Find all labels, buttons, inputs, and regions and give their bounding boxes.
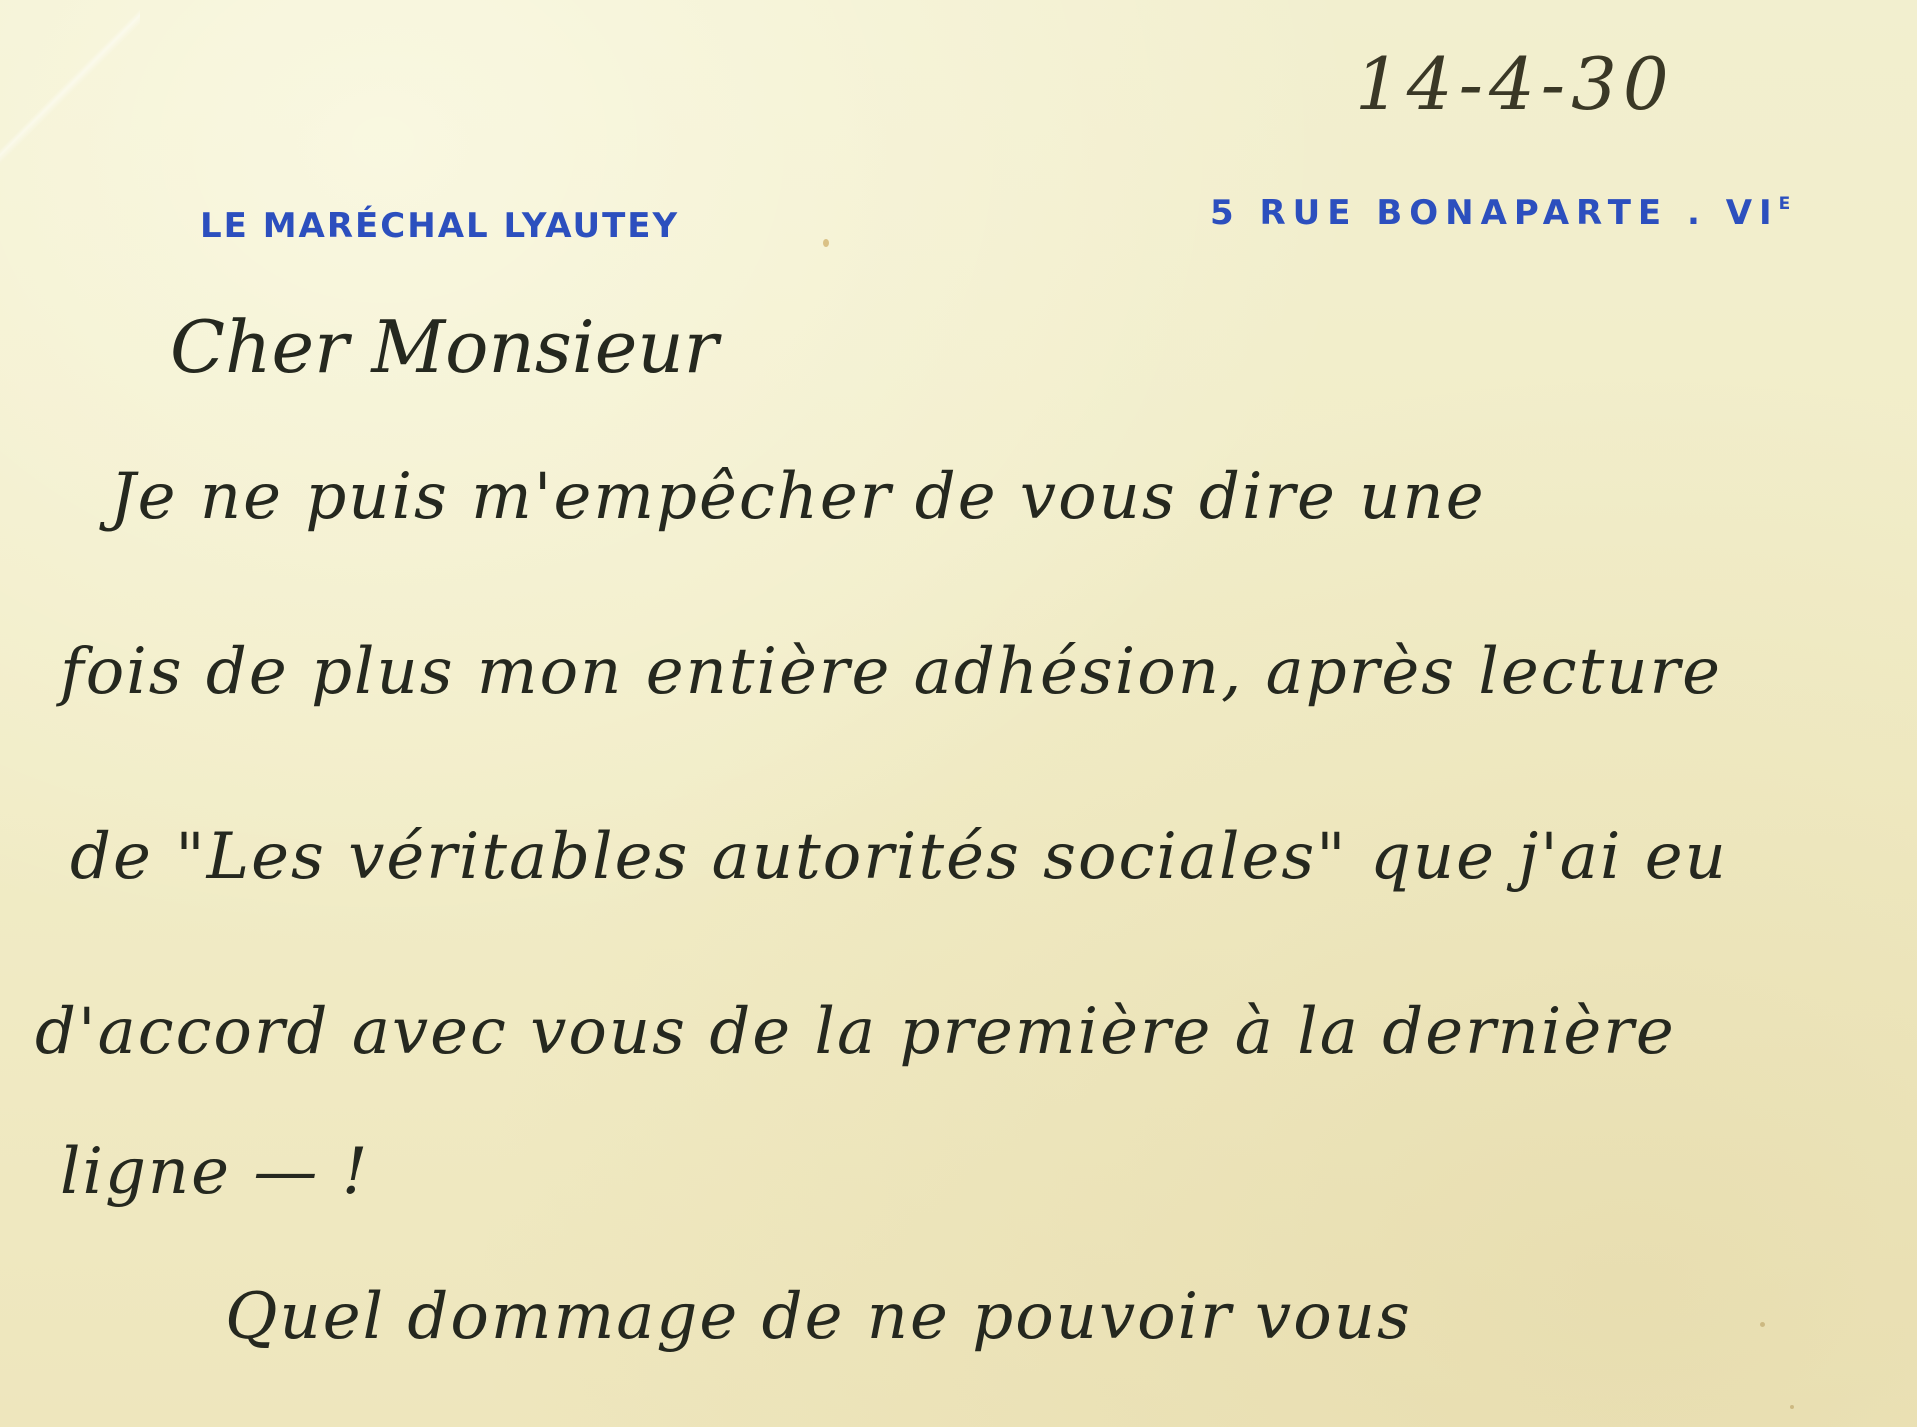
letterhead-name: LE MARÉCHAL LYAUTEY [200,206,679,246]
body-line-6: Quel dommage de ne pouvoir vous [225,1280,1412,1354]
body-line-2: fois de plus mon entière adhésion, après… [60,635,1722,709]
letterhead-address-text: 5 RUE BONAPARTE . VI [1210,193,1779,233]
body-line-4: d'accord avec vous de la première à la d… [35,995,1676,1069]
paper-spot [1760,1322,1765,1327]
body-line-5: ligne — ! [60,1135,369,1209]
letter-date: 14-4-30 [1355,42,1675,126]
paper-spot [823,239,829,247]
salutation: Cher Monsieur [170,305,718,389]
letter-card: 14-4-30 LE MARÉCHAL LYAUTEY 5 RUE BONAPA… [0,0,1917,1427]
paper-crease [0,0,140,170]
body-line-3: de "Les véritables autorités sociales" q… [70,820,1728,894]
body-line-1: Je ne puis m'empêcher de vous dire une [110,460,1486,534]
letterhead-address: 5 RUE BONAPARTE . VIE [1210,193,1790,233]
paper-spot [1790,1405,1794,1409]
letterhead-address-suffix: E [1779,194,1791,214]
